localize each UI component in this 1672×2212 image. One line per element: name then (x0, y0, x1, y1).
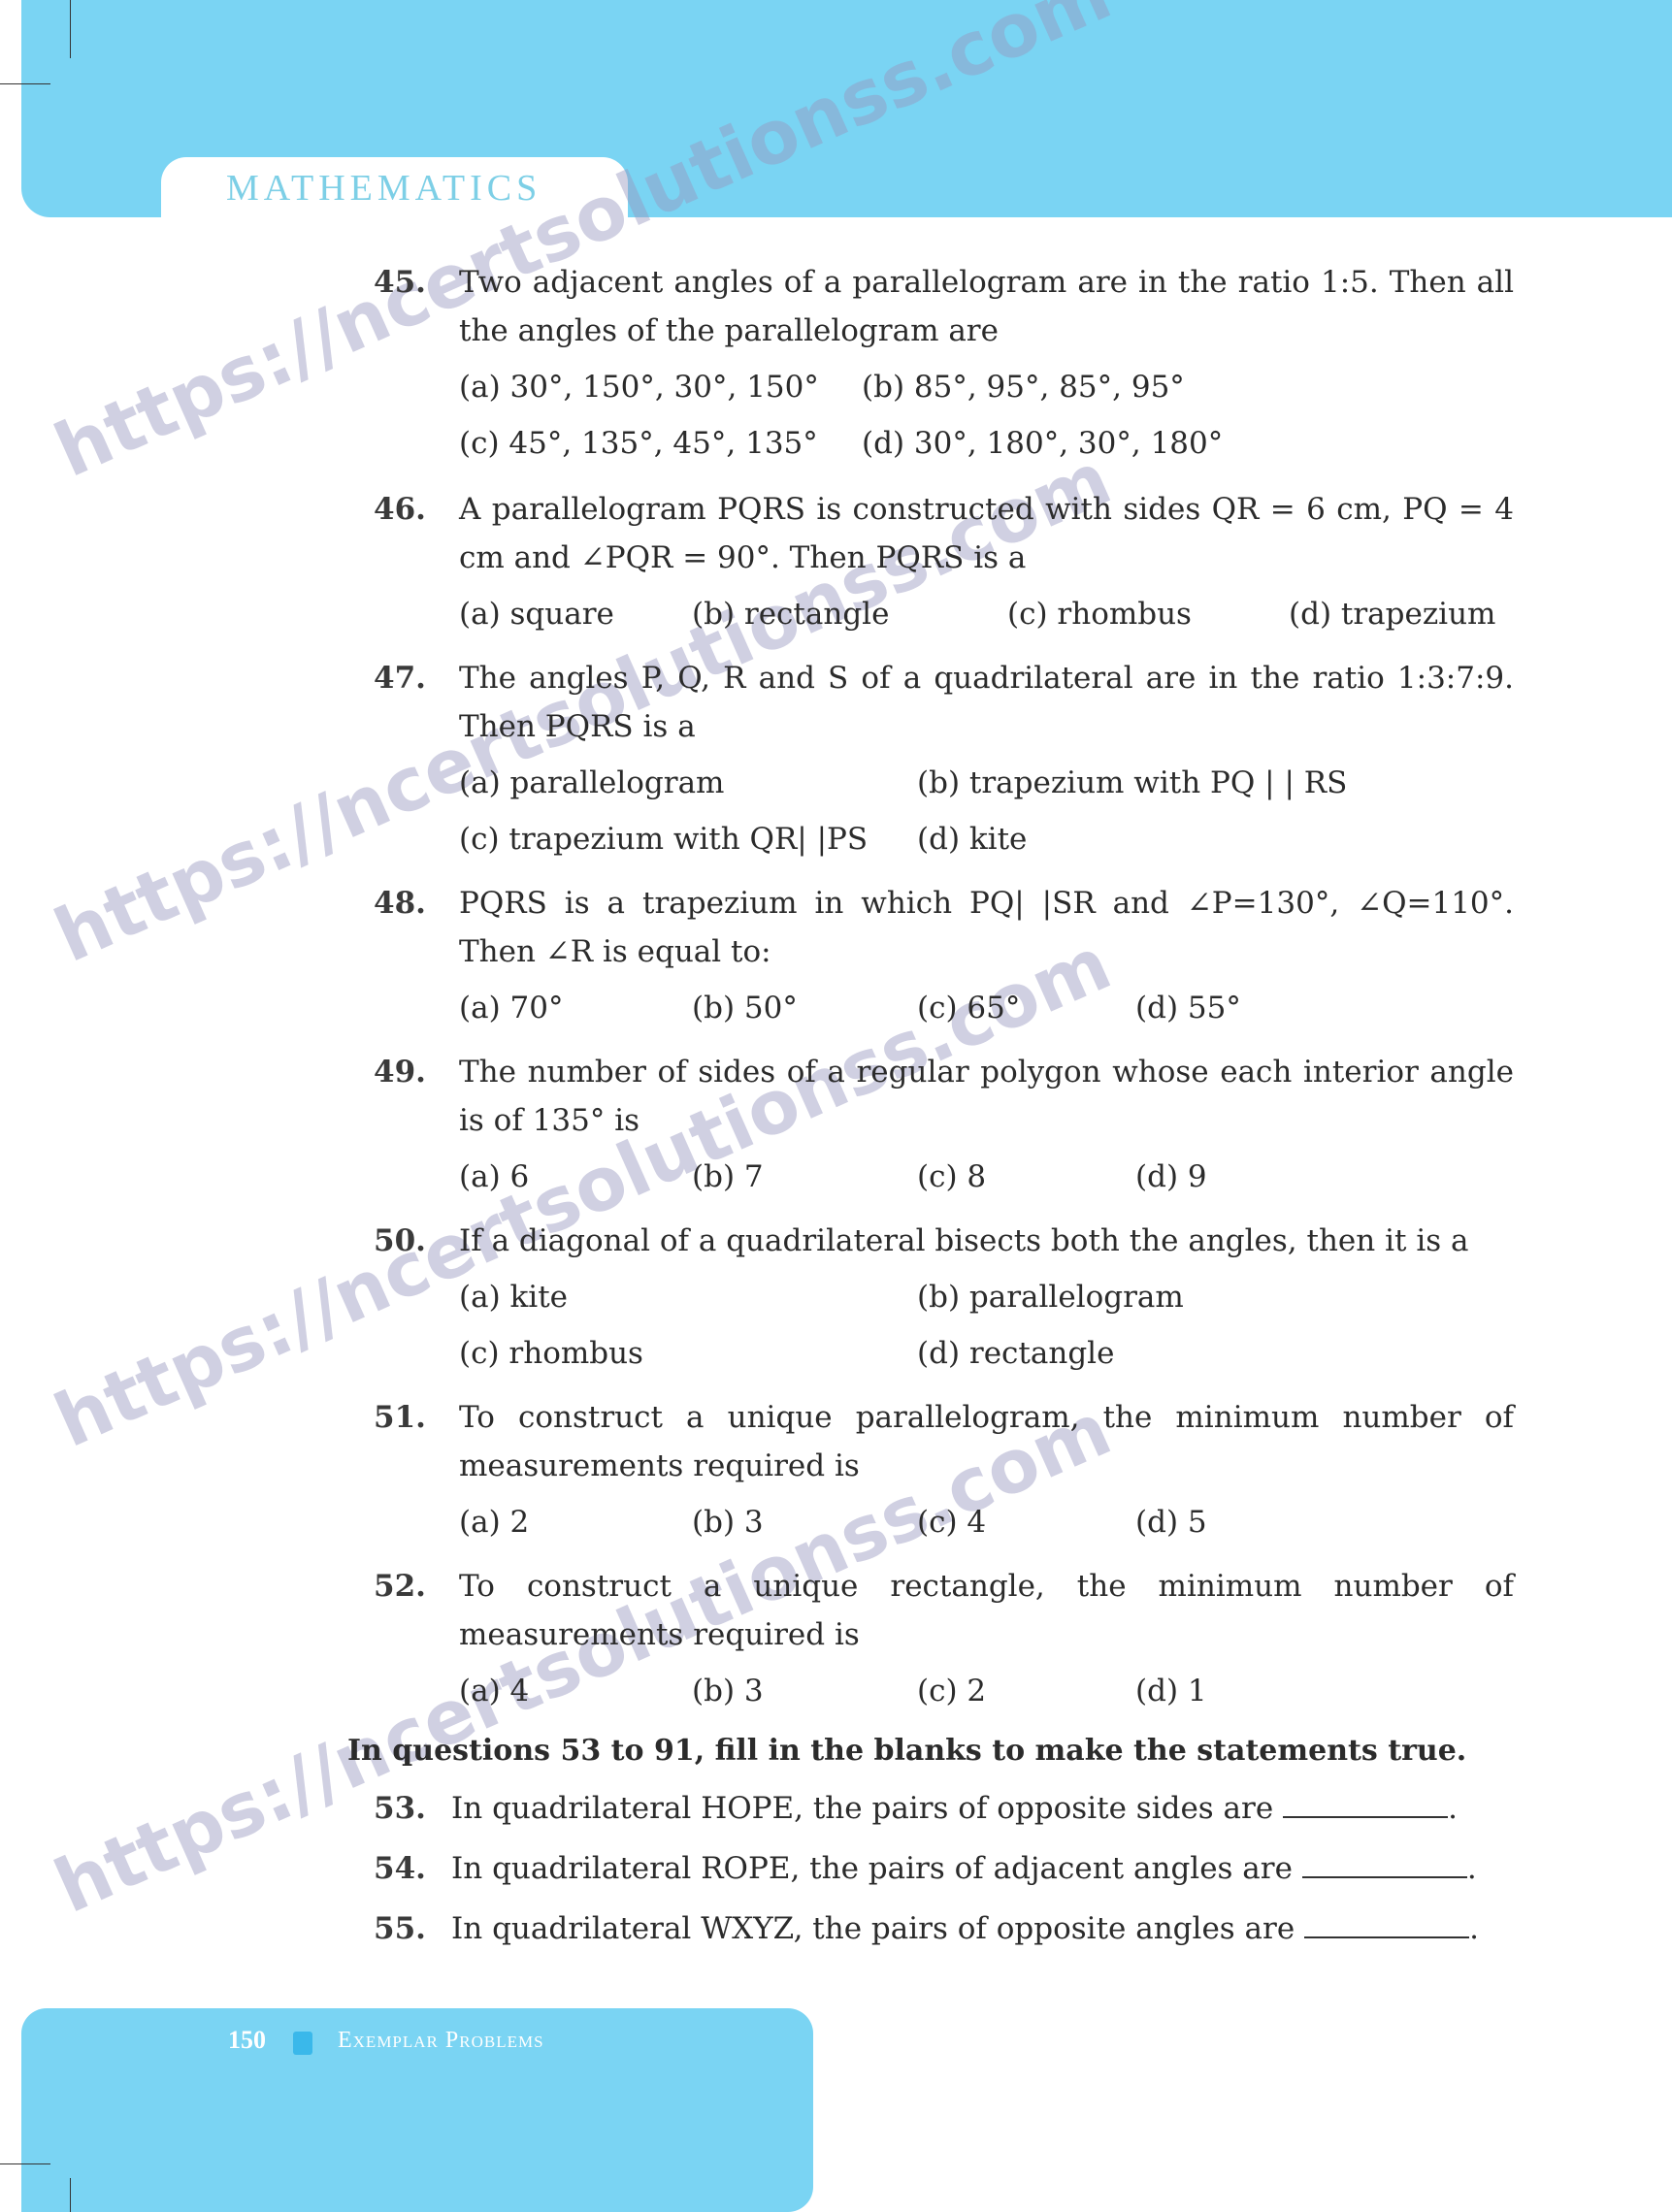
option-d: (d) rectangle (917, 1329, 1114, 1378)
option-b: (b) 85°, 95°, 85°, 95° (862, 363, 1185, 411)
options-row: (a) 6 (b) 7 (c) 8 (d) 9 (459, 1153, 1526, 1201)
question-53: 53.In quadrilateral HOPE, the pairs of o… (374, 1791, 1458, 1826)
option-a: (a) 30°, 150°, 30°, 150° (459, 363, 819, 411)
subject-title: MATHEMATICS (226, 167, 541, 210)
options-row: (c) 45°, 135°, 45°, 135° (d) 30°, 180°, … (459, 419, 1526, 468)
question-text: To construct a unique parallelogram, the… (459, 1393, 1514, 1490)
option-c: (c) 45°, 135°, 45°, 135° (459, 419, 818, 468)
question-number: 46. (374, 485, 426, 534)
period: . (1448, 1791, 1458, 1826)
period: . (1467, 1851, 1477, 1886)
option-d: (d) kite (917, 815, 1027, 863)
bullet-square-icon (293, 2032, 312, 2055)
options-row: (a) 70° (b) 50° (c) 65° (d) 55° (459, 984, 1526, 1032)
option-c: (c) 8 (917, 1153, 986, 1201)
question-number: 55. (374, 1911, 451, 1946)
page-number: 150 (228, 2026, 266, 2055)
question-number: 48. (374, 879, 426, 927)
period: . (1469, 1911, 1479, 1946)
option-b: (b) rectangle (692, 590, 889, 638)
option-d: (d) 30°, 180°, 30°, 180° (862, 419, 1223, 468)
question-text: If a diagonal of a quadrilateral bisects… (459, 1217, 1514, 1265)
option-a: (a) kite (459, 1273, 568, 1321)
option-a: (a) 70° (459, 984, 563, 1032)
answer-blank (1304, 1913, 1469, 1938)
option-b: (b) trapezium with PQ | | RS (917, 759, 1347, 807)
question-text: PQRS is a trapezium in which PQ| |SR and… (459, 879, 1514, 976)
options-row: (a) 30°, 150°, 30°, 150° (b) 85°, 95°, 8… (459, 363, 1526, 411)
option-c: (c) 4 (917, 1498, 986, 1546)
options-row: (a) parallelogram (b) trapezium with PQ … (459, 759, 1526, 807)
option-d: (d) trapezium (1289, 590, 1495, 638)
option-c: (c) 2 (917, 1667, 986, 1715)
question-54: 54.In quadrilateral ROPE, the pairs of a… (374, 1851, 1477, 1886)
question-text: In quadrilateral WXYZ, the pairs of oppo… (451, 1911, 1295, 1946)
option-b: (b) parallelogram (917, 1273, 1184, 1321)
option-a: (a) square (459, 590, 614, 638)
question-text: A parallelogram PQRS is constructed with… (459, 485, 1514, 582)
book-title: Exemplar Problems (338, 2028, 544, 2054)
crop-mark-top-h (0, 83, 50, 84)
crop-mark-bottom-v (70, 2178, 71, 2212)
answer-blank (1302, 1853, 1467, 1878)
option-a: (a) parallelogram (459, 759, 724, 807)
option-b: (b) 7 (692, 1153, 764, 1201)
option-a: (a) 2 (459, 1498, 529, 1546)
question-number: 45. (374, 258, 426, 307)
option-c: (c) rhombus (1007, 590, 1192, 638)
question-number: 51. (374, 1393, 426, 1442)
option-d: (d) 1 (1135, 1667, 1207, 1715)
option-d: (d) 9 (1135, 1153, 1207, 1201)
option-a: (a) 4 (459, 1667, 529, 1715)
options-row: (c) rhombus (d) rectangle (459, 1329, 1526, 1378)
options-row: (a) kite (b) parallelogram (459, 1273, 1526, 1321)
question-number: 54. (374, 1851, 451, 1886)
question-55: 55.In quadrilateral WXYZ, the pairs of o… (374, 1911, 1479, 1946)
question-text: In quadrilateral ROPE, the pairs of adja… (451, 1851, 1293, 1886)
option-a: (a) 6 (459, 1153, 529, 1201)
question-number: 52. (374, 1562, 426, 1610)
question-text: In quadrilateral HOPE, the pairs of oppo… (451, 1791, 1273, 1826)
answer-blank (1283, 1793, 1448, 1818)
crop-mark-top-v (70, 0, 71, 58)
question-text: The angles P, Q, R and S of a quadrilate… (459, 654, 1514, 751)
options-row: (c) trapezium with QR| |PS (d) kite (459, 815, 1526, 863)
question-number: 47. (374, 654, 426, 702)
question-number: 53. (374, 1791, 451, 1826)
option-c: (c) trapezium with QR| |PS (459, 815, 868, 863)
option-d: (d) 55° (1135, 984, 1241, 1032)
option-c: (c) 65° (917, 984, 1020, 1032)
question-text: The number of sides of a regular polygon… (459, 1048, 1514, 1145)
question-text: Two adjacent angles of a parallelogram a… (459, 258, 1514, 355)
option-b: (b) 3 (692, 1498, 764, 1546)
option-b: (b) 3 (692, 1667, 764, 1715)
question-text: To construct a unique rectangle, the min… (459, 1562, 1514, 1659)
section-instruction: In questions 53 to 91, fill in the blank… (347, 1734, 1466, 1768)
option-b: (b) 50° (692, 984, 798, 1032)
options-row: (a) square (b) rectangle (c) rhombus (d)… (459, 590, 1526, 638)
option-d: (d) 5 (1135, 1498, 1207, 1546)
question-number: 50. (374, 1217, 426, 1265)
options-row: (a) 2 (b) 3 (c) 4 (d) 5 (459, 1498, 1526, 1546)
question-number: 49. (374, 1048, 426, 1096)
crop-mark-bottom-h (0, 2163, 50, 2164)
options-row: (a) 4 (b) 3 (c) 2 (d) 1 (459, 1667, 1526, 1715)
option-c: (c) rhombus (459, 1329, 643, 1378)
